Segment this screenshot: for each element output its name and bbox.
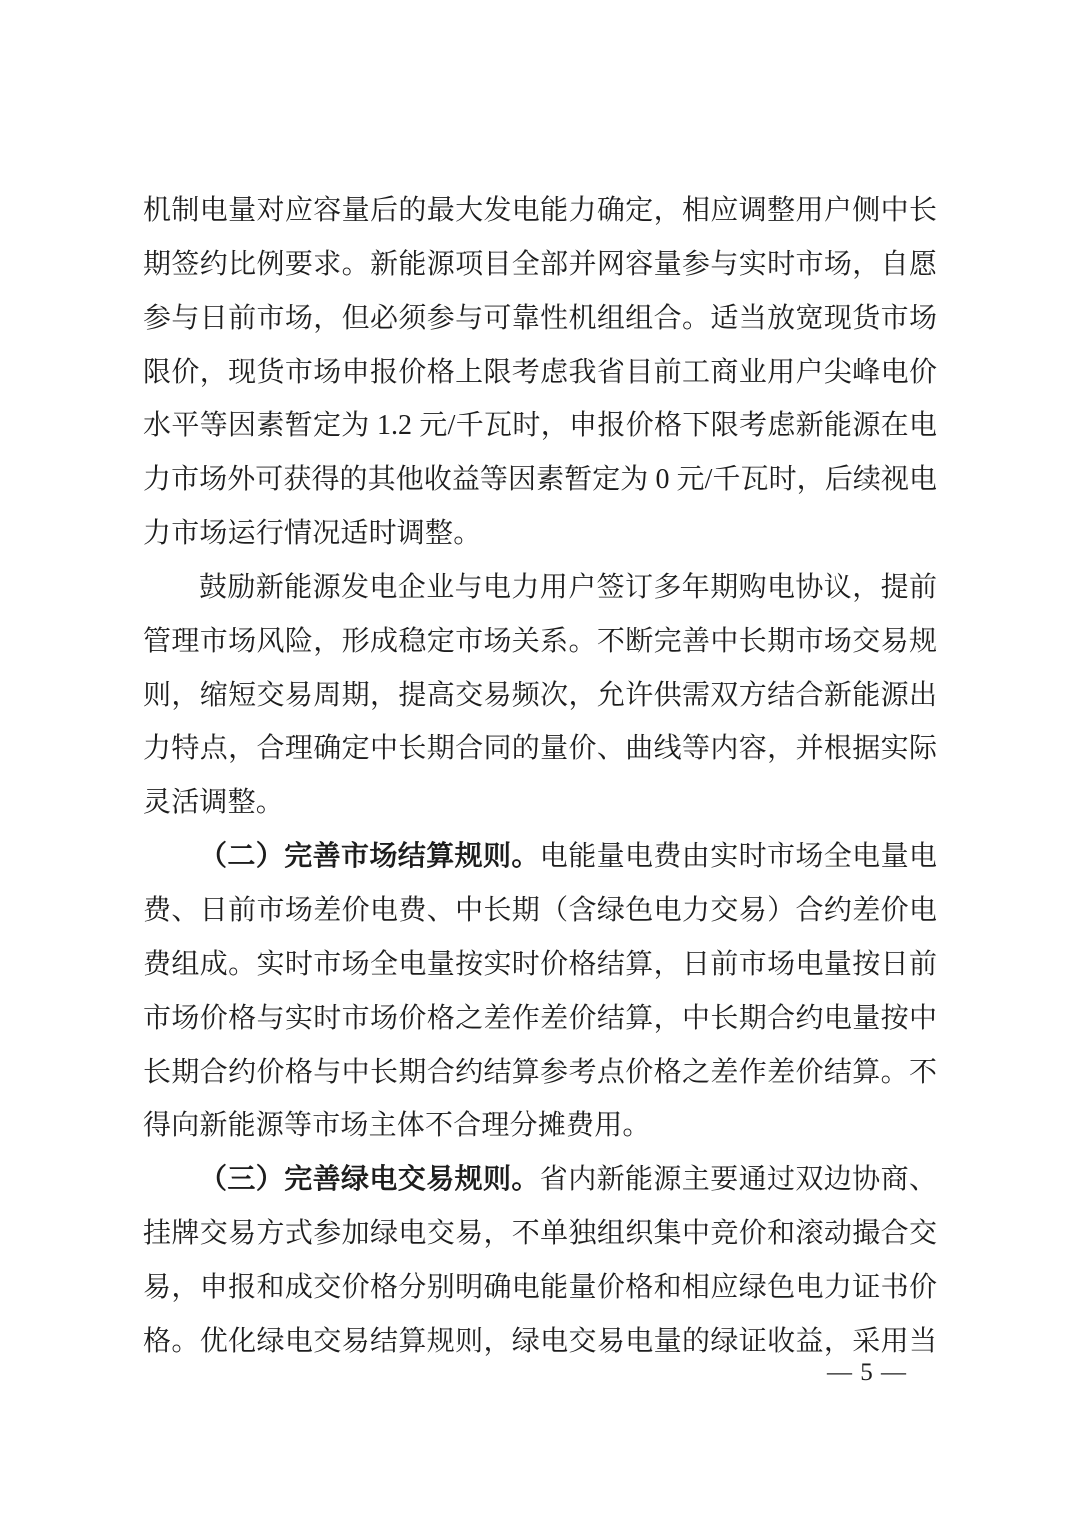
document-text: 机制电量对应容量后的最大发电能力确定，相应调整用户侧中长期签约比例要求。新能源项… bbox=[143, 184, 937, 1369]
text-segment: 电能量电费由实时市场全电量电 bbox=[540, 841, 937, 872]
text-segment: 得向新能源等市场主体不合理分摊费用。 bbox=[143, 1110, 651, 1141]
text-line: （三）完善绿电交易规则。省内新能源主要通过双边协商、 bbox=[143, 1153, 937, 1207]
text-segment: 长期合约价格与中长期合约结算参考点价格之差作差价结算。不 bbox=[143, 1057, 937, 1088]
text-line: 期签约比例要求。新能源项目全部并网容量参与实时市场，自愿 bbox=[143, 238, 937, 292]
text-segment: 格。优化绿电交易结算规则，绿电交易电量的绿证收益，采用当 bbox=[143, 1326, 937, 1357]
text-segment: 限价，现货市场申报价格上限考虑我省目前工商业用户尖峰电价 bbox=[143, 357, 937, 388]
text-line: 机制电量对应容量后的最大发电能力确定，相应调整用户侧中长 bbox=[143, 184, 937, 238]
heading-segment: （二）完善市场结算规则。 bbox=[199, 841, 540, 872]
text-segment: 力特点，合理确定中长期合同的量价、曲线等内容，并根据实际 bbox=[143, 733, 937, 764]
text-segment: 易，申报和成交价格分别明确电能量价格和相应绿色电力证书价 bbox=[143, 1272, 937, 1303]
text-segment: 管理市场风险，形成稳定市场关系。不断完善中长期市场交易规 bbox=[143, 626, 937, 657]
text-line: 易，申报和成交价格分别明确电能量价格和相应绿色电力证书价 bbox=[143, 1261, 937, 1315]
text-line: 挂牌交易方式参加绿电交易，不单独组织集中竞价和滚动撮合交 bbox=[143, 1207, 937, 1261]
text-line: 力特点，合理确定中长期合同的量价、曲线等内容，并根据实际 bbox=[143, 722, 937, 776]
text-segment: 力市场运行情况适时调整。 bbox=[143, 518, 481, 549]
text-segment: 费组成。实时市场全电量按实时价格结算，日前市场电量按日前 bbox=[143, 949, 937, 980]
page-number: — 5 — bbox=[827, 1358, 907, 1388]
text-segment: 鼓励新能源发电企业与电力用户签订多年期购电协议，提前 bbox=[199, 572, 937, 603]
text-segment: 则，缩短交易周期，提高交易频次，允许供需双方结合新能源出 bbox=[143, 680, 937, 711]
text-segment: 灵活调整。 bbox=[143, 787, 284, 818]
text-line: 费组成。实时市场全电量按实时价格结算，日前市场电量按日前 bbox=[143, 938, 937, 992]
text-line: 市场价格与实时市场价格之差作差价结算，中长期合约电量按中 bbox=[143, 992, 937, 1046]
text-segment: 力市场外可获得的其他收益等因素暂定为 0 元/千瓦时，后续视电 bbox=[143, 464, 937, 495]
document-page: 机制电量对应容量后的最大发电能力确定，相应调整用户侧中长期签约比例要求。新能源项… bbox=[0, 0, 1080, 1527]
heading-segment: （三）完善绿电交易规则。 bbox=[199, 1164, 540, 1195]
text-line: 参与日前市场，但必须参与可靠性机组组合。适当放宽现货市场 bbox=[143, 292, 937, 346]
text-line: 水平等因素暂定为 1.2 元/千瓦时，申报价格下限考虑新能源在电 bbox=[143, 399, 937, 453]
text-line: 得向新能源等市场主体不合理分摊费用。 bbox=[143, 1099, 937, 1153]
text-line: 管理市场风险，形成稳定市场关系。不断完善中长期市场交易规 bbox=[143, 615, 937, 669]
text-segment: 机制电量对应容量后的最大发电能力确定，相应调整用户侧中长 bbox=[143, 195, 937, 226]
text-line: 长期合约价格与中长期合约结算参考点价格之差作差价结算。不 bbox=[143, 1046, 937, 1100]
text-line: 则，缩短交易周期，提高交易频次，允许供需双方结合新能源出 bbox=[143, 669, 937, 723]
text-segment: 挂牌交易方式参加绿电交易，不单独组织集中竞价和滚动撮合交 bbox=[143, 1218, 937, 1249]
text-segment: 省内新能源主要通过双边协商、 bbox=[540, 1164, 937, 1195]
text-line: 费、日前市场差价电费、中长期（含绿色电力交易）合约差价电 bbox=[143, 884, 937, 938]
text-line: 力市场运行情况适时调整。 bbox=[143, 507, 937, 561]
text-line: 灵活调整。 bbox=[143, 776, 937, 830]
text-segment: 参与日前市场，但必须参与可靠性机组组合。适当放宽现货市场 bbox=[143, 303, 937, 334]
text-segment: 水平等因素暂定为 1.2 元/千瓦时，申报价格下限考虑新能源在电 bbox=[143, 410, 937, 441]
text-line: 鼓励新能源发电企业与电力用户签订多年期购电协议，提前 bbox=[143, 561, 937, 615]
text-segment: 费、日前市场差价电费、中长期（含绿色电力交易）合约差价电 bbox=[143, 895, 937, 926]
text-line: 限价，现货市场申报价格上限考虑我省目前工商业用户尖峰电价 bbox=[143, 346, 937, 400]
text-line: 力市场外可获得的其他收益等因素暂定为 0 元/千瓦时，后续视电 bbox=[143, 453, 937, 507]
text-segment: 市场价格与实时市场价格之差作差价结算，中长期合约电量按中 bbox=[143, 1003, 937, 1034]
text-segment: 期签约比例要求。新能源项目全部并网容量参与实时市场，自愿 bbox=[143, 249, 937, 280]
text-line: 格。优化绿电交易结算规则，绿电交易电量的绿证收益，采用当 bbox=[143, 1315, 937, 1369]
text-line: （二）完善市场结算规则。电能量电费由实时市场全电量电 bbox=[143, 830, 937, 884]
